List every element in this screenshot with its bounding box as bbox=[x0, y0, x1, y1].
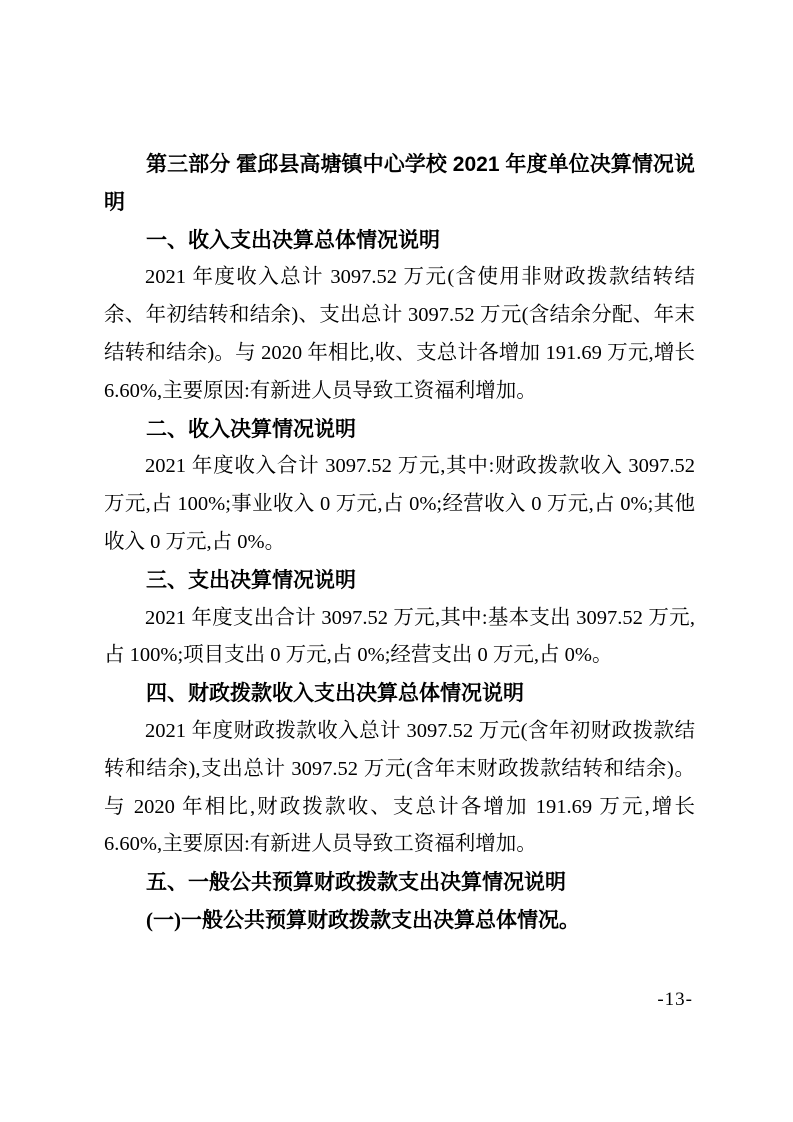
section-paragraph-income-expenditure-overview: 2021 年度收入总计 3097.52 万元(含使用非财政拨款结转结余、年初结转… bbox=[104, 259, 695, 410]
subsection-heading-general-public-budget-overview: (一)一般公共预算财政拨款支出决算总体情况。 bbox=[104, 902, 695, 940]
section-paragraph-expenditure-details: 2021 年度支出合计 3097.52 万元,其中:基本支出 3097.52 万… bbox=[104, 600, 695, 676]
page-number: -13- bbox=[657, 988, 693, 1012]
section-paragraph-fiscal-appropriation-overview: 2021 年度财政拨款收入总计 3097.52 万元(含年初财政拨款结转和结余)… bbox=[104, 713, 695, 864]
section-heading-general-public-budget: 五、一般公共预算财政拨款支出决算情况说明 bbox=[104, 864, 695, 902]
document-title: 第三部分 霍邱县高塘镇中心学校 2021 年度单位决算情况说明 bbox=[104, 146, 695, 222]
section-heading-income-details: 二、收入决算情况说明 bbox=[104, 411, 695, 449]
section-heading-expenditure-details: 三、支出决算情况说明 bbox=[104, 562, 695, 600]
document-page: 第三部分 霍邱县高塘镇中心学校 2021 年度单位决算情况说明 一、收入支出决算… bbox=[0, 0, 793, 1122]
section-paragraph-income-details: 2021 年度收入合计 3097.52 万元,其中:财政拨款收入 3097.52… bbox=[104, 448, 695, 561]
section-heading-income-expenditure-overview: 一、收入支出决算总体情况说明 bbox=[104, 222, 695, 260]
document-content: 第三部分 霍邱县高塘镇中心学校 2021 年度单位决算情况说明 一、收入支出决算… bbox=[104, 146, 695, 940]
section-heading-fiscal-appropriation-overview: 四、财政拨款收入支出决算总体情况说明 bbox=[104, 675, 695, 713]
